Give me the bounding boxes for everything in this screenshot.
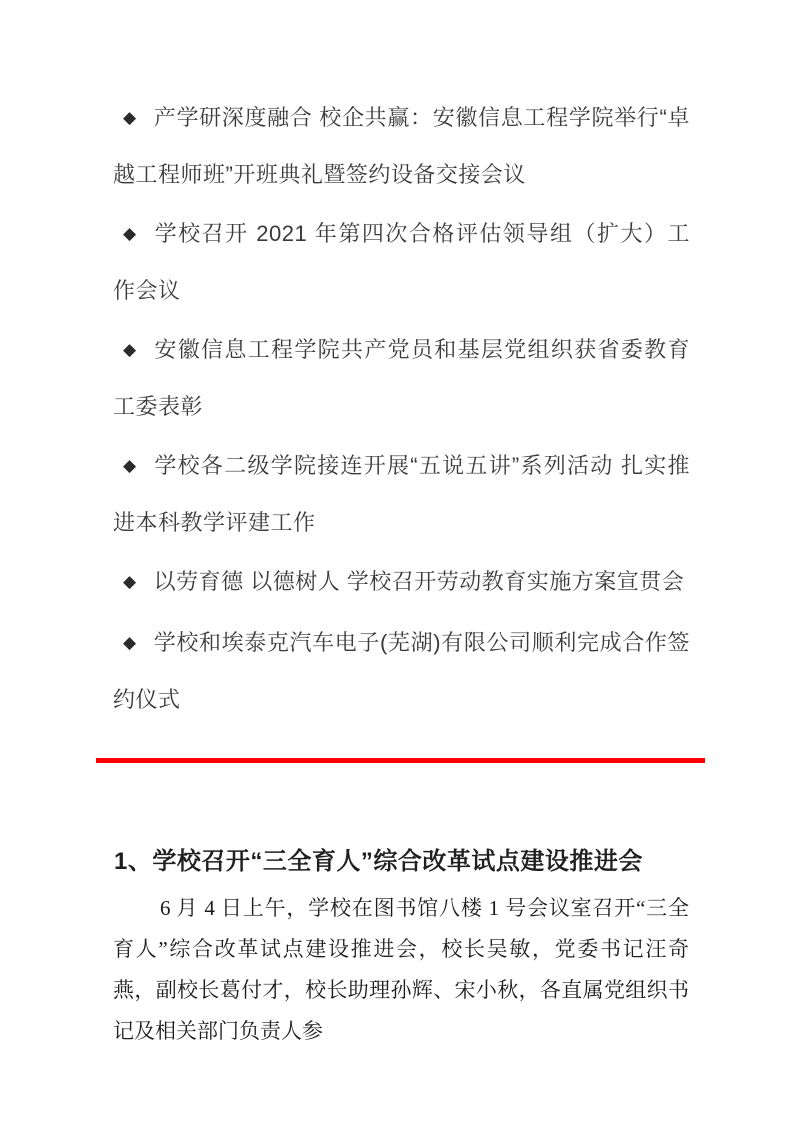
news-headline-text: 学校召开 2021 年第四次合格评估领导组（扩大）工作会议	[113, 221, 690, 303]
section-paragraph: 6 月 4 日上午，学校在图书馆八楼 1 号会议室召开“三全育人”综合改革试点建…	[113, 888, 689, 1052]
news-headline-text: 学校和埃泰克汽车电子(芜湖)有限公司顺利完成合作签约仪式	[113, 630, 690, 712]
news-headline-text: 以劳育德 以德树人 学校召开劳动教育实施方案宣贯会	[154, 569, 685, 594]
diamond-bullet-icon: ◆	[123, 340, 137, 359]
news-headline-item: ◆产学研深度融合 校企共赢：安徽信息工程学院举行“卓越工程师班”开班典礼暨签约设…	[113, 90, 690, 202]
diamond-bullet-icon: ◆	[123, 572, 137, 591]
document-page: ◆产学研深度融合 校企共赢：安徽信息工程学院举行“卓越工程师班”开班典礼暨签约设…	[0, 0, 800, 1131]
news-headline-text: 安徽信息工程学院共产党员和基层党组织获省委教育工委表彰	[113, 337, 690, 419]
diamond-bullet-icon: ◆	[123, 108, 137, 127]
diamond-bullet-icon: ◆	[123, 633, 137, 652]
news-headline-item: ◆学校和埃泰克汽车电子(芜湖)有限公司顺利完成合作签约仪式	[113, 615, 690, 727]
diamond-bullet-icon: ◆	[123, 224, 138, 243]
news-headline-item: ◆学校召开 2021 年第四次合格评估领导组（扩大）工作会议	[113, 206, 690, 318]
red-divider-line	[96, 758, 705, 763]
news-headline-item: ◆安徽信息工程学院共产党员和基层党组织获省委教育工委表彰	[113, 322, 690, 434]
news-headline-item: ◆以劳育德 以德树人 学校召开劳动教育实施方案宣贯会	[113, 554, 690, 611]
news-headline-text: 产学研深度融合 校企共赢：安徽信息工程学院举行“卓越工程师班”开班典礼暨签约设备…	[113, 105, 690, 187]
news-headline-item: ◆学校各二级学院接连开展“五说五讲”系列活动 扎实推进本科教学评建工作	[113, 438, 690, 550]
news-headline-text: 学校各二级学院接连开展“五说五讲”系列活动 扎实推进本科教学评建工作	[113, 453, 690, 535]
diamond-bullet-icon: ◆	[123, 456, 137, 475]
section-heading: 1、学校召开“三全育人”综合改革试点建设推进会	[114, 841, 690, 876]
news-headline-list: ◆产学研深度融合 校企共赢：安徽信息工程学院举行“卓越工程师班”开班典礼暨签约设…	[113, 90, 690, 731]
